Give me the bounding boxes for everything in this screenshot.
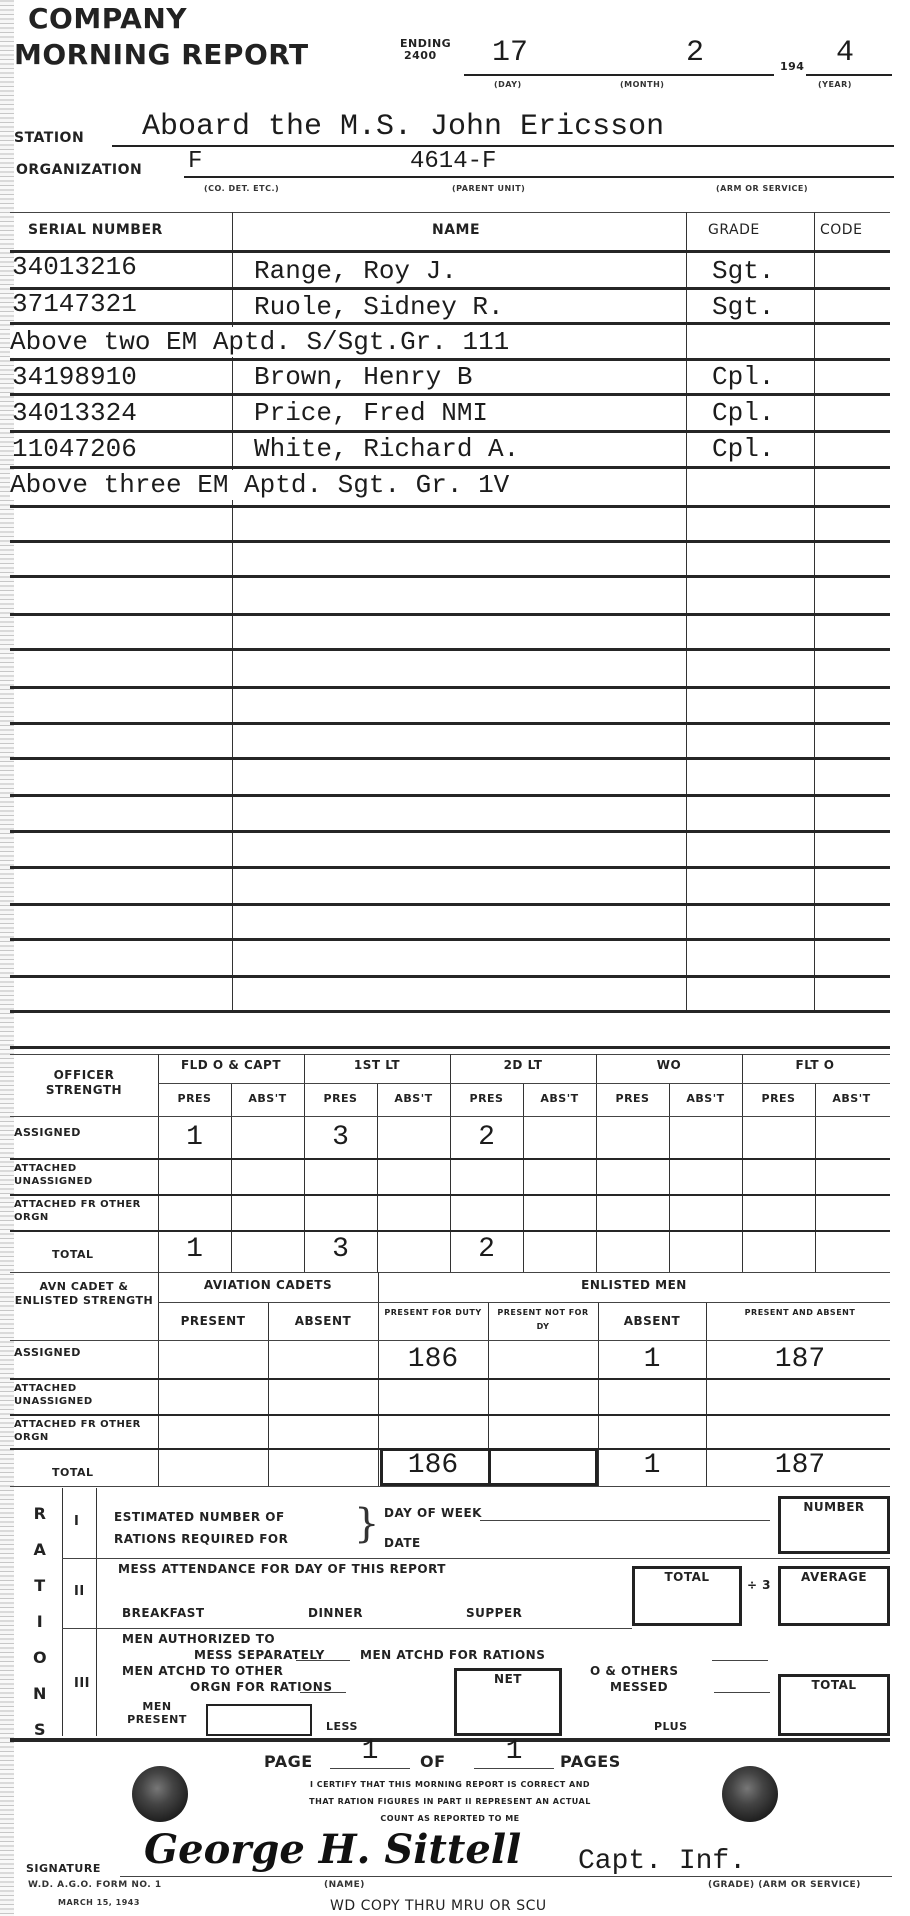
row-6-name: White, Richard A. bbox=[254, 434, 519, 464]
signature: George H. Sittell bbox=[144, 1826, 521, 1873]
col-serial-number: SERIAL NUMBER bbox=[28, 222, 163, 238]
sub-pres: PRES bbox=[304, 1092, 377, 1105]
certification-text: I CERTIFY THAT THIS MORNING REPORT IS CO… bbox=[200, 1776, 700, 1827]
row-5-grade: Cpl. bbox=[712, 398, 774, 428]
row-6-serial: 11047206 bbox=[12, 434, 137, 464]
row-7-note: Above three EM Aptd. Sgt. Gr. 1V bbox=[10, 470, 513, 500]
roster-rule bbox=[10, 938, 890, 941]
signature-label: SIGNATURE bbox=[26, 1862, 101, 1875]
rations-letter: R bbox=[30, 1496, 50, 1532]
part2-numeral: II bbox=[74, 1584, 85, 1599]
roster-rule bbox=[10, 1046, 890, 1049]
enlisted-total-absent: 1 bbox=[598, 1450, 706, 1481]
row-1-name: Range, Roy J. bbox=[254, 256, 457, 286]
day-of-week-field[interactable] bbox=[480, 1520, 770, 1521]
o-others-1: O & OTHERS bbox=[590, 1664, 679, 1678]
officer-row-attached-unassigned: ATTACHED UNASSIGNED bbox=[14, 1162, 154, 1188]
roster-rule bbox=[10, 575, 890, 578]
row-4-grade: Cpl. bbox=[712, 362, 774, 392]
rations-letter: T bbox=[30, 1568, 50, 1604]
col-name: NAME bbox=[432, 222, 480, 238]
page-total: 1 bbox=[474, 1736, 554, 1767]
mess-attendance-label: MESS ATTENDANCE FOR DAY OF THIS REPORT bbox=[118, 1562, 446, 1576]
rations-rule bbox=[62, 1628, 632, 1629]
part1-label-2: RATIONS REQUIRED FOR bbox=[114, 1528, 288, 1550]
roster-rule bbox=[10, 322, 890, 325]
of-label: OF bbox=[420, 1752, 446, 1771]
officer-total-1stlt-pres: 3 bbox=[304, 1234, 377, 1265]
roster-divider-grade bbox=[814, 212, 815, 1010]
divide-by-three: ÷ 3 bbox=[746, 1576, 772, 1594]
men-present-box[interactable] bbox=[206, 1704, 312, 1736]
row-6-grade: Cpl. bbox=[712, 434, 774, 464]
date-label: DATE bbox=[384, 1536, 421, 1550]
officer-assigned-fld-pres: 1 bbox=[158, 1122, 231, 1153]
col-present-not-for-duty: PRESENT NOT FOR DY bbox=[494, 1306, 592, 1334]
roster-rule bbox=[10, 505, 890, 508]
sub-pres: PRES bbox=[742, 1092, 815, 1105]
row-3-note: Above two EM Aptd. S/Sgt.Gr. 111 bbox=[10, 327, 513, 357]
organization-line bbox=[184, 176, 894, 178]
officer-group-2d-lt: 2D LT bbox=[450, 1058, 596, 1072]
part3-numeral: III bbox=[74, 1676, 90, 1691]
year-line bbox=[806, 74, 892, 76]
roster-rule bbox=[10, 430, 890, 433]
part1-label-1: ESTIMATED NUMBER OF bbox=[114, 1506, 288, 1528]
enlisted-total-present-duty: 186 bbox=[378, 1450, 488, 1481]
sub-pres: PRES bbox=[450, 1092, 523, 1105]
men-present-label: MEN PRESENT bbox=[112, 1700, 202, 1726]
enlisted-row-total: TOTAL bbox=[52, 1466, 94, 1479]
enlisted-strength-title: AVN CADET & ENLISTED STRENGTH bbox=[14, 1280, 154, 1308]
officer-divider bbox=[596, 1054, 597, 1272]
row-5-name: Price, Fred NMI bbox=[254, 398, 488, 428]
rations-side-label: R A T I O N S bbox=[30, 1496, 50, 1748]
brace-icon: } bbox=[354, 1504, 379, 1544]
plus-label: PLUS bbox=[654, 1720, 688, 1733]
ending-label: ENDING 2400 bbox=[400, 38, 451, 62]
form-title-line1: COMPANY bbox=[28, 4, 187, 34]
sub-pres: PRES bbox=[158, 1092, 231, 1105]
officer-rule bbox=[10, 1230, 890, 1232]
page-number: 1 bbox=[330, 1736, 410, 1767]
caption-company: (CO. DET. ETC.) bbox=[204, 184, 279, 193]
officer-subdivider bbox=[523, 1083, 524, 1272]
roster-divider-name bbox=[686, 212, 687, 1010]
officer-row-total: TOTAL bbox=[52, 1248, 94, 1261]
roster-top-border bbox=[10, 212, 890, 213]
year-value: 4 bbox=[836, 36, 854, 70]
enlisted-divider bbox=[706, 1302, 707, 1486]
row-1-grade: Sgt. bbox=[712, 256, 774, 286]
enlisted-group-rule bbox=[158, 1302, 890, 1303]
col-grade: GRADE bbox=[708, 222, 760, 238]
day-caption: (DAY) bbox=[494, 80, 522, 89]
page-number-line bbox=[330, 1768, 410, 1769]
rations-letter: O bbox=[30, 1640, 50, 1676]
organization-company: F bbox=[188, 148, 202, 175]
col-em-absent: ABSENT bbox=[598, 1314, 706, 1328]
net-box-label: NET bbox=[454, 1672, 562, 1686]
day-value: 17 bbox=[492, 36, 528, 70]
caption-grade: (GRADE) (ARM OR SERVICE) bbox=[708, 1880, 861, 1890]
row-1-serial: 34013216 bbox=[12, 252, 137, 282]
roster-rule bbox=[10, 466, 890, 469]
officer-rule bbox=[10, 1158, 890, 1160]
rations-rule bbox=[62, 1558, 890, 1559]
col-present-for-duty: PRESENT FOR DUTY bbox=[384, 1306, 482, 1320]
organization-label: ORGANIZATION bbox=[16, 162, 142, 178]
officer-group-wo: WO bbox=[596, 1058, 742, 1072]
officer-total-2dlt-pres: 2 bbox=[450, 1234, 523, 1265]
rations-divider bbox=[96, 1488, 97, 1736]
month-caption: (MONTH) bbox=[620, 80, 664, 89]
sub-abst: ABS'T bbox=[377, 1092, 450, 1105]
roster-rule bbox=[10, 250, 890, 253]
average-box-label: AVERAGE bbox=[778, 1570, 890, 1584]
roster-rule bbox=[10, 393, 890, 396]
officer-subdivider bbox=[231, 1083, 232, 1272]
officer-bottom-rule bbox=[10, 1272, 890, 1273]
roster-rule bbox=[10, 358, 890, 361]
enlisted-bottom-rule bbox=[10, 1486, 890, 1487]
officer-rule bbox=[10, 1116, 890, 1117]
officer-divider bbox=[742, 1054, 743, 1272]
rations-letter: S bbox=[30, 1712, 50, 1748]
number-box-label: NUMBER bbox=[778, 1500, 890, 1514]
enlisted-rule bbox=[10, 1414, 890, 1416]
roster-rule bbox=[10, 866, 890, 869]
row-5-serial: 34013324 bbox=[12, 398, 137, 428]
copy-note: WD COPY THRU MRU OR SCU bbox=[330, 1898, 547, 1914]
officer-assigned-1stlt-pres: 3 bbox=[304, 1122, 377, 1153]
seal-right-icon bbox=[722, 1766, 778, 1822]
o-others-field[interactable] bbox=[714, 1692, 770, 1693]
form-date: MARCH 15, 1943 bbox=[58, 1898, 140, 1907]
sub-abst: ABS'T bbox=[523, 1092, 596, 1105]
caption-parent: (PARENT UNIT) bbox=[452, 184, 525, 193]
officer-group-flt-o: FLT O bbox=[742, 1058, 888, 1072]
officer-row-assigned: ASSIGNED bbox=[14, 1126, 81, 1139]
sub-abst: ABS'T bbox=[815, 1092, 888, 1105]
officer-total-fld-pres: 1 bbox=[158, 1234, 231, 1265]
enlisted-total-box-divider bbox=[488, 1448, 491, 1486]
officer-group-rule bbox=[158, 1083, 890, 1084]
breakfast-label: BREAKFAST bbox=[122, 1606, 205, 1620]
mess-separately-field[interactable] bbox=[296, 1660, 350, 1661]
enlisted-assigned-absent: 1 bbox=[598, 1344, 706, 1375]
rations-divider bbox=[62, 1488, 63, 1736]
total-box-part3-label: TOTAL bbox=[778, 1678, 890, 1692]
col-code: CODE bbox=[820, 222, 862, 238]
rations-letter: I bbox=[30, 1604, 50, 1640]
row-4-serial: 34198910 bbox=[12, 362, 137, 392]
dinner-label: DINNER bbox=[308, 1606, 363, 1620]
group-enlisted-men: ENLISTED MEN bbox=[378, 1278, 890, 1292]
ending-label-2: 2400 bbox=[400, 50, 451, 62]
roster-rule bbox=[10, 613, 890, 616]
part1-label: ESTIMATED NUMBER OF RATIONS REQUIRED FOR bbox=[114, 1506, 288, 1550]
enlisted-assigned-total: 187 bbox=[730, 1344, 870, 1375]
enlisted-assigned-present-duty: 186 bbox=[378, 1344, 488, 1375]
pages-label: PAGES bbox=[560, 1752, 621, 1771]
less-label: LESS bbox=[326, 1720, 358, 1733]
form-title-line2: MORNING REPORT bbox=[14, 40, 309, 70]
day-of-week-label: DAY OF WEEK bbox=[384, 1506, 482, 1520]
officer-subdivider bbox=[669, 1083, 670, 1272]
enlisted-row-assigned: ASSIGNED bbox=[14, 1346, 81, 1359]
men-present-label-2: PRESENT bbox=[112, 1713, 202, 1726]
rations-bottom-rule bbox=[10, 1738, 890, 1742]
sub-pres: PRES bbox=[596, 1092, 669, 1105]
col-cadets-present: PRESENT bbox=[158, 1314, 268, 1328]
sub-abst: ABS'T bbox=[231, 1092, 304, 1105]
sub-abst: ABS'T bbox=[669, 1092, 742, 1105]
certify-line-1: I CERTIFY THAT THIS MORNING REPORT IS CO… bbox=[200, 1776, 700, 1793]
officer-subdivider bbox=[815, 1083, 816, 1272]
officer-group-1st-lt: 1ST LT bbox=[304, 1058, 450, 1072]
enlisted-rule bbox=[10, 1378, 890, 1380]
group-aviation-cadets: AVIATION CADETS bbox=[158, 1278, 378, 1292]
officer-group-fld-capt: FLD O & CAPT bbox=[158, 1058, 304, 1072]
certify-line-2: THAT RATION FIGURES IN PART II REPRESENT… bbox=[200, 1793, 700, 1810]
part1-numeral: I bbox=[74, 1514, 79, 1529]
enlisted-row-attached-other: ATTACHED FR OTHER ORGN bbox=[14, 1418, 154, 1444]
organization-parent: 4614-F bbox=[410, 148, 496, 175]
caption-arm: (ARM OR SERVICE) bbox=[716, 184, 808, 193]
roster-rule bbox=[10, 540, 890, 543]
atchd-other-field[interactable] bbox=[300, 1692, 346, 1693]
men-authorized-1: MEN AUTHORIZED TO bbox=[122, 1632, 275, 1646]
year-prefix: 194 bbox=[780, 60, 804, 73]
enlisted-total-total: 187 bbox=[730, 1450, 870, 1481]
row-2-serial: 37147321 bbox=[12, 289, 137, 319]
page-label: PAGE bbox=[264, 1752, 313, 1771]
roster-rule bbox=[10, 1010, 890, 1013]
roster-rule bbox=[10, 686, 890, 689]
supper-label: SUPPER bbox=[466, 1606, 522, 1620]
col-present-and-absent: PRESENT AND ABSENT bbox=[730, 1306, 870, 1320]
date-line bbox=[464, 74, 774, 76]
roster-rule bbox=[10, 648, 890, 651]
officer-rule bbox=[10, 1194, 890, 1196]
rations-letter: A bbox=[30, 1532, 50, 1568]
row-2-name: Ruole, Sidney R. bbox=[254, 292, 504, 322]
enlisted-row-attached-unassigned: ATTACHED UNASSIGNED bbox=[14, 1382, 154, 1408]
total-box-part2-label: TOTAL bbox=[632, 1570, 742, 1584]
officer-strength-title: OFFICER STRENGTH bbox=[14, 1068, 154, 1098]
enlisted-divider bbox=[268, 1302, 269, 1486]
o-others-2: MESSED bbox=[610, 1680, 668, 1694]
officer-subdivider bbox=[377, 1083, 378, 1272]
station-label: STATION bbox=[14, 130, 84, 146]
col-cadets-absent: ABSENT bbox=[268, 1314, 378, 1328]
grade-arm-value: Capt. Inf. bbox=[578, 1846, 746, 1877]
row-2-grade: Sgt. bbox=[712, 292, 774, 322]
men-atchd-rations-field[interactable] bbox=[712, 1660, 768, 1661]
form-number: W.D. A.G.O. FORM NO. 1 bbox=[28, 1880, 162, 1890]
officer-assigned-2dlt-pres: 2 bbox=[450, 1122, 523, 1153]
page-total-line bbox=[474, 1768, 554, 1769]
station-line bbox=[112, 145, 894, 147]
roster-rule bbox=[10, 903, 890, 906]
men-atchd-other-1: MEN ATCHD TO OTHER bbox=[122, 1664, 283, 1678]
officer-row-attached-other: ATTACHED FR OTHER ORGN bbox=[14, 1198, 154, 1224]
roster-rule bbox=[10, 287, 890, 290]
year-caption: (YEAR) bbox=[818, 80, 852, 89]
certify-line-3: COUNT AS REPORTED TO ME bbox=[200, 1810, 700, 1827]
roster-rule bbox=[10, 794, 890, 797]
roster-rule bbox=[10, 722, 890, 725]
row-4-name: Brown, Henry B bbox=[254, 362, 472, 392]
roster-rule bbox=[10, 975, 890, 978]
men-present-label-1: MEN bbox=[112, 1700, 202, 1713]
rations-letter: N bbox=[30, 1676, 50, 1712]
enlisted-rule bbox=[10, 1340, 890, 1341]
signature-line bbox=[120, 1876, 892, 1877]
month-value: 2 bbox=[686, 36, 704, 70]
caption-name: (NAME) bbox=[324, 1880, 365, 1890]
seal-left-icon bbox=[132, 1766, 188, 1822]
roster-rule bbox=[10, 830, 890, 833]
roster-rule bbox=[10, 757, 890, 760]
men-atchd-rations-label: MEN ATCHD FOR RATIONS bbox=[360, 1648, 545, 1662]
station-value: Aboard the M.S. John Ericsson bbox=[142, 110, 664, 144]
